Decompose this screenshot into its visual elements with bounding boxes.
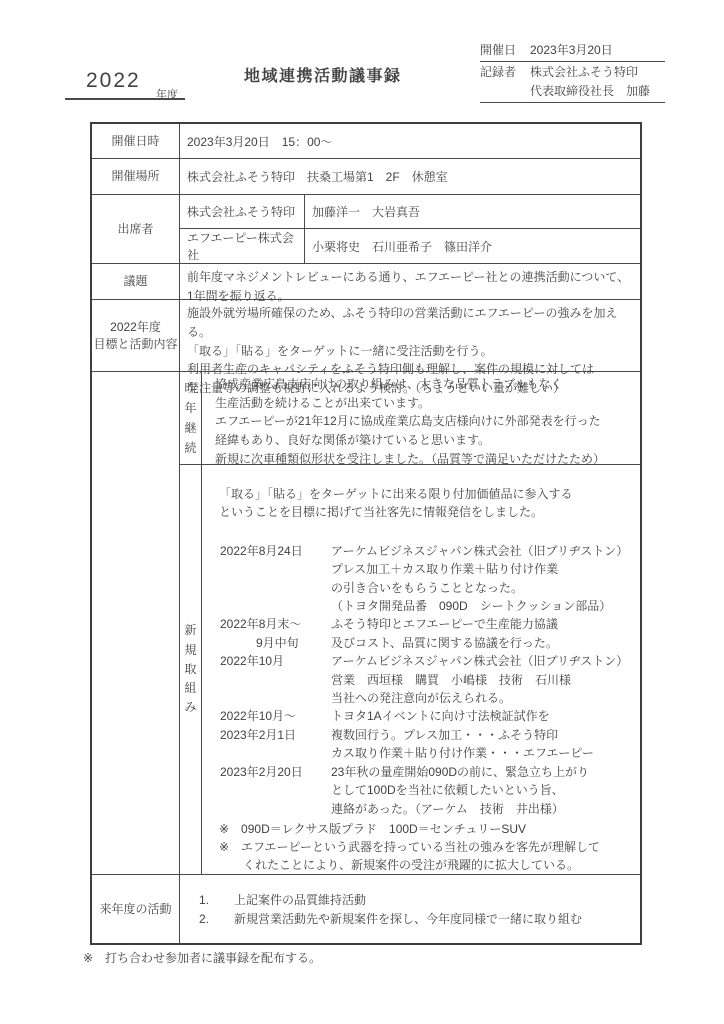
attendee-group: エフエーピー株式会社 小栗将史 石川亜希子 篠田洋介 [180, 229, 640, 263]
entry-date: 2022年8月24日 [202, 542, 331, 560]
entry-text: として100Dを当社に依頼したいという旨、 [331, 781, 640, 799]
meeting-minutes-page: 2022 年度 地域連携活動議事録 開催日 2023年3月20日 記録者 株式会… [0, 0, 724, 1024]
attendees-label: 出席者 [92, 195, 180, 263]
entry-date [202, 579, 331, 597]
timeline-entry: 2022年8月末～ ふそう特印とエフエーピーで生産能力協議 [202, 615, 640, 633]
timeline-entry: プレス加工＋カス取り作業＋貼り付け作業 [202, 560, 640, 578]
timeline-entry: 2022年10月～ トヨタ1Aイベントに向け寸法検証試作を [202, 707, 640, 725]
agenda-label: 議題 [92, 264, 180, 299]
timeline-entry: 2023年2月20日 23年秋の量産開始090Dの前に、緊急立ち上がり [202, 763, 640, 781]
meta-held-date-row: 開催日 2023年3月20日 [480, 41, 665, 60]
next-year-items: 1. 上記案件の品質維持活動 2. 新規営業活動先や新規案件を探し、今年度同様で… [180, 875, 640, 943]
fiscal-year-underline [65, 98, 185, 100]
subrow-new-initiatives: 新規取組み 「取る」「貼る」をターゲットに出来る限り付加価値品に参入するというこ… [180, 465, 640, 874]
timeline-entry: として100Dを当社に依頼したいという旨、 [202, 781, 640, 799]
entry-date [202, 597, 331, 615]
timeline-entry: の引き合いをもらうこととなった。 [202, 579, 640, 597]
entry-text: 営業 西垣様 購買 小嶋様 技術 石川様 [331, 671, 640, 689]
recorder-company: 株式会社ふそう特印 [530, 63, 638, 82]
activity-report-label-empty [92, 372, 180, 874]
entry-date: 9月中旬 [202, 634, 331, 652]
attendee-names: 加藤洋一 大岩真吾 [305, 195, 640, 228]
text-line: 「取る」「貼る」をターゲットに出来る限り付加価値品に参入する [202, 485, 640, 503]
timeline-entry: 当社への発注意向が伝えられる。 [202, 689, 640, 707]
meta-recorder-row: 記録者 株式会社ふそう特印 [480, 63, 665, 82]
datetime-value: 2023年3月20日 15：00～ [180, 124, 640, 158]
timeline-entry: 営業 西垣様 購買 小嶋様 技術 石川様 [202, 671, 640, 689]
entry-date [202, 800, 331, 818]
new-initiatives-timeline: 2022年8月24日 アーケムビジネスジャパン株式会社（旧ブリヂストン） プレス… [202, 542, 640, 818]
row-activity-report: 昨年継続 協成産業広島支店向けの取り組みは、大きな品質トラブルもなく生産活動を続… [92, 372, 640, 875]
entry-text: ふそう特印とエフエーピーで生産能力協議 [331, 615, 640, 633]
entry-text: 23年秋の量産開始090Dの前に、緊急立ち上がり [331, 763, 640, 781]
item-text: 新規営業活動先や新規案件を探し、今年度同様で一緒に取り組む [234, 910, 582, 929]
text-line: ということを目標に掲げて当社客先に情報発信をしました。 [202, 503, 640, 521]
text-line: 前年度マネジメントレビューにある通り、エフエーピー社との連携活動について、 [187, 268, 640, 287]
attendee-company: エフエーピー株式会社 [180, 229, 305, 263]
text-line: 経緯もあり、良好な関係が築けていると思います。 [215, 431, 640, 450]
entry-date: 2023年2月20日 [202, 763, 331, 781]
entry-text: 及びコスト、品質に関する協議を行った。 [331, 634, 640, 652]
entry-text: カス取り作業＋貼り付け作業・・・エフエーピー [331, 744, 640, 762]
fiscal-year: 2022 [86, 69, 141, 93]
item-text: 上記案件の品質維持活動 [234, 891, 366, 910]
agenda-text: 前年度マネジメントレビューにある通り、エフエーピー社との連携活動について、1年間… [180, 264, 640, 299]
entry-date [202, 744, 331, 762]
text-line: 施設外就労場所確保のため、ふそう特印の営業活動にエフエーピーの強みを加える。 [187, 304, 640, 342]
entry-text: の引き合いをもらうこととなった。 [331, 579, 640, 597]
timeline-entry: 2023年2月1日 複数回行う。プレス加工・・・ふそう特印 [202, 726, 640, 744]
meta-box: 開催日 2023年3月20日 記録者 株式会社ふそう特印 代表取締役社長 加藤 [480, 41, 665, 104]
fiscal-year-suffix: 年度 [156, 86, 178, 102]
place-value: 株式会社ふそう特印 扶桑工場第1 2F 休憩室 [180, 159, 640, 194]
timeline-entry: 2022年8月24日 アーケムビジネスジャパン株式会社（旧ブリヂストン） [202, 542, 640, 560]
new-initiatives-vertical-label: 新規取組み [180, 465, 202, 874]
subrow-last-year: 昨年継続 協成産業広島支店向けの取り組みは、大きな品質トラブルもなく生産活動を続… [180, 372, 640, 465]
minutes-table: 開催日時 2023年3月20日 15：00～ 開催場所 株式会社ふそう特印 扶桑… [90, 122, 642, 945]
row-place: 開催場所 株式会社ふそう特印 扶桑工場第1 2F 休憩室 [92, 159, 640, 195]
recorder-person: 代表取締役社長 加藤 [530, 82, 650, 101]
row-goals: 2022年度 目標と活動内容 施設外就労場所確保のため、ふそう特印の営業活動にエ… [92, 300, 640, 372]
attendee-names: 小栗将史 石川亜希子 篠田洋介 [305, 229, 640, 263]
note-line: ※ エフエーピーという武器を持っている当社の強みを客先が理解して [202, 838, 640, 856]
entry-text: 当社への発注意向が伝えられる。 [331, 689, 640, 707]
datetime-label: 開催日時 [92, 124, 180, 158]
entry-date [202, 781, 331, 799]
row-agenda: 議題 前年度マネジメントレビューにある通り、エフエーピー社との連携活動について、… [92, 264, 640, 300]
row-next-year: 来年度の活動 1. 上記案件の品質維持活動 2. 新規営業活動先や新規案件を探し… [92, 875, 640, 943]
entry-date: 2022年10月 [202, 652, 331, 670]
held-date-label: 開催日 [480, 41, 524, 60]
held-date-value: 2023年3月20日 [530, 41, 613, 60]
attendee-group: 株式会社ふそう特印 加藤洋一 大岩真吾 [180, 195, 640, 229]
attendees-groups: 株式会社ふそう特印 加藤洋一 大岩真吾 エフエーピー株式会社 小栗将史 石川亜希… [180, 195, 640, 263]
meta-divider [480, 61, 665, 62]
next-year-item: 2. 新規営業活動先や新規案件を探し、今年度同様で一緒に取り組む [180, 910, 640, 929]
entry-text: トヨタ1Aイベントに向け寸法検証試作を [331, 707, 640, 725]
place-label: 開催場所 [92, 159, 180, 194]
entry-text: プレス加工＋カス取り作業＋貼り付け作業 [331, 560, 640, 578]
goals-label: 2022年度 目標と活動内容 [92, 300, 180, 371]
distribution-note: ※ 打ち合わせ参加者に議事録を配布する。 [83, 949, 321, 966]
note-line: ※ 090D＝レクサス版プラド 100D＝センチュリーSUV [202, 820, 640, 838]
row-datetime: 開催日時 2023年3月20日 15：00～ [92, 124, 640, 159]
entry-date [202, 689, 331, 707]
attendee-company: 株式会社ふそう特印 [180, 195, 305, 228]
row-attendees: 出席者 株式会社ふそう特印 加藤洋一 大岩真吾 エフエーピー株式会社 小栗将史 … [92, 195, 640, 264]
recorder-label: 記録者 [480, 63, 524, 82]
entry-text: （トヨタ開発品番 090D シートクッション部品） [331, 597, 640, 615]
timeline-entry: （トヨタ開発品番 090D シートクッション部品） [202, 597, 640, 615]
last-year-vertical-label: 昨年継続 [180, 372, 202, 464]
text-line: エフエーピーが21年12月に協成産業広島支店様向けに外部発表を行った [215, 412, 640, 431]
entry-text: 連絡があった。（アーケム 技術 井出様） [331, 800, 640, 818]
entry-text: 複数回行う。プレス加工・・・ふそう特印 [331, 726, 640, 744]
meta-recorder-person-row: 代表取締役社長 加藤 [480, 82, 665, 101]
item-number: 2. [180, 910, 234, 929]
text-line: 生産活動を続けることが出来ています。 [215, 394, 640, 413]
entry-date: 2023年2月1日 [202, 726, 331, 744]
entry-text: アーケムビジネスジャパン株式会社（旧ブリヂストン） [331, 542, 640, 560]
entry-date: 2022年8月末～ [202, 615, 331, 633]
text-line: 協成産業広島支店向けの取り組みは、大きな品質トラブルもなく [215, 375, 640, 394]
item-number: 1. [180, 891, 234, 910]
entry-date: 2022年10月～ [202, 707, 331, 725]
text-line: 「取る」「貼る」をターゲットに一緒に受注活動を行う。 [187, 342, 640, 361]
new-initiatives-content: 「取る」「貼る」をターゲットに出来る限り付加価値品に参入するということを目標に掲… [202, 465, 640, 874]
timeline-entry: 連絡があった。（アーケム 技術 井出様） [202, 800, 640, 818]
next-year-item: 1. 上記案件の品質維持活動 [180, 891, 640, 910]
last-year-text: 協成産業広島支店向けの取り組みは、大きな品質トラブルもなく生産活動を続けることが… [202, 372, 640, 464]
timeline-entry: カス取り作業＋貼り付け作業・・・エフエーピー [202, 744, 640, 762]
goals-text: 施設外就労場所確保のため、ふそう特印の営業活動にエフエーピーの強みを加える。「取… [180, 300, 640, 371]
timeline-entry: 9月中旬 及びコスト、品質に関する協議を行った。 [202, 634, 640, 652]
page-title: 地域連携活動議事録 [244, 63, 402, 86]
meta-divider [480, 102, 665, 103]
entry-text: アーケムビジネスジャパン株式会社（旧ブリヂストン） [331, 652, 640, 670]
timeline-entry: 2022年10月 アーケムビジネスジャパン株式会社（旧ブリヂストン） [202, 652, 640, 670]
new-initiatives-notes: ※ 090D＝レクサス版プラド 100D＝センチュリーSUV※ エフエーピーとい… [202, 820, 640, 874]
next-year-label: 来年度の活動 [92, 875, 180, 943]
entry-date [202, 671, 331, 689]
new-initiatives-intro: 「取る」「貼る」をターゲットに出来る限り付加価値品に参入するということを目標に掲… [202, 485, 640, 522]
entry-date [202, 560, 331, 578]
note-line: くれたことにより、新規案件の受注が飛躍的に拡大している。 [202, 856, 640, 874]
